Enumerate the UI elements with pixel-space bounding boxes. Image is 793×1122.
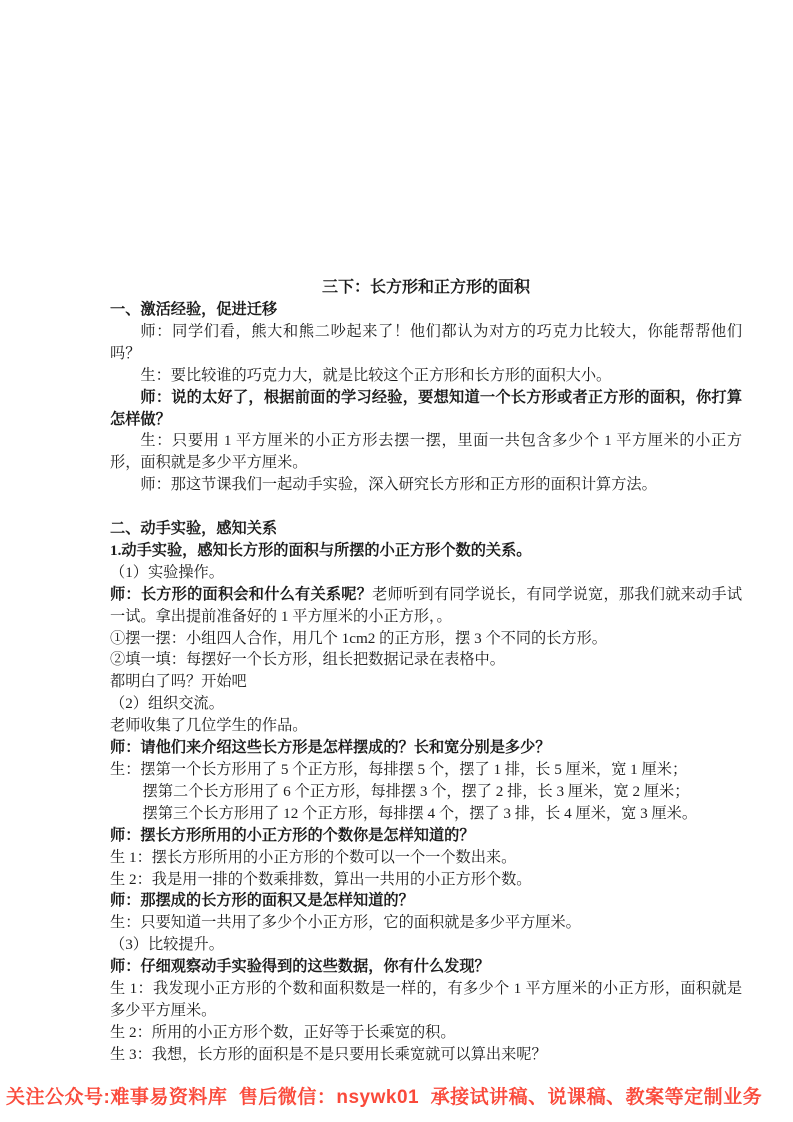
paragraph: 师：那这节课我们一起动手实验，深入研究长方形和正方形的面积计算方法。 bbox=[110, 474, 742, 496]
paragraph: 生 2：我是用一排的个数乘排数，算出一共用的小正方形个数。 bbox=[110, 869, 742, 891]
paragraph: 都明白了吗？开始吧 bbox=[110, 671, 742, 693]
paragraph: 二、动手实验，感知关系 bbox=[110, 518, 742, 540]
paragraph: 生 3：我想，长方形的面积是不是只要用长乘宽就可以算出来呢？ bbox=[110, 1044, 742, 1066]
paragraph: 生 1：我发现小正方形的个数和面积数是一样的，有多少个 1 平方厘米的小正方形，… bbox=[110, 978, 742, 1022]
paragraph: （3）比较提升。 bbox=[110, 934, 742, 956]
paragraph: 师：请他们来介绍这些长方形是怎样摆成的？长和宽分别是多少？ bbox=[110, 737, 742, 759]
paragraph: 师：那摆成的长方形的面积又是怎样知道的？ bbox=[110, 890, 742, 912]
paragraph: 师：长方形的面积会和什么有关系呢？老师听到有同学说长，有同学说宽，那我们就来动手… bbox=[110, 584, 742, 628]
paragraph: 师：同学们看，熊大和熊二吵起来了！他们都认为对方的巧克力比较大，你能帮帮他们吗？ bbox=[110, 321, 742, 365]
document-content: 三下：长方形和正方形的面积 一、激活经验，促进迁移师：同学们看，熊大和熊二吵起来… bbox=[110, 277, 742, 1066]
footer-banner: 关注公众号:难事易资料库 售后微信：nsywk01 承接试讲稿、说课稿、教案等定… bbox=[6, 1086, 791, 1110]
page-title: 三下：长方形和正方形的面积 bbox=[110, 277, 742, 299]
paragraph: 摆第三个长方形用了 12 个正方形，每排摆 4 个，摆了 3 排，长 4 厘米，… bbox=[143, 803, 742, 825]
paragraph: 生：摆第一个长方形用了 5 个正方形，每排摆 5 个，摆了 1 排，长 5 厘米… bbox=[110, 759, 742, 781]
paragraph: 师：仔细观察动手实验得到的这些数据，你有什么发现？ bbox=[110, 956, 742, 978]
document-body: 一、激活经验，促进迁移师：同学们看，熊大和熊二吵起来了！他们都认为对方的巧克力比… bbox=[110, 299, 742, 1066]
document-page: 三下：长方形和正方形的面积 一、激活经验，促进迁移师：同学们看，熊大和熊二吵起来… bbox=[0, 0, 793, 1122]
paragraph: ①摆一摆：小组四人合作，用几个 1cm2 的正方形，摆 3 个不同的长方形。 bbox=[110, 628, 742, 650]
paragraph: 师：说的太好了，根据前面的学习经验，要想知道一个长方形或者正方形的面积，你打算怎… bbox=[110, 387, 742, 431]
paragraph: ②填一填：每摆好一个长方形，组长把数据记录在表格中。 bbox=[110, 649, 742, 671]
paragraph: 1.动手实验，感知长方形的面积与所摆的小正方形个数的关系。 bbox=[110, 540, 742, 562]
paragraph: 生：只要用 1 平方厘米的小正方形去摆一摆，里面一共包含多少个 1 平方厘米的小… bbox=[110, 430, 742, 474]
paragraph: 生 2：所用的小正方形个数，正好等于长乘宽的积。 bbox=[110, 1022, 742, 1044]
paragraph: 老师收集了几位学生的作品。 bbox=[110, 715, 742, 737]
paragraph: 师：摆长方形所用的小正方形的个数你是怎样知道的？ bbox=[110, 825, 742, 847]
paragraph: 生：要比较谁的巧克力大，就是比较这个正方形和长方形的面积大小。 bbox=[110, 365, 742, 387]
blank-line bbox=[110, 496, 742, 518]
paragraph: 一、激活经验，促进迁移 bbox=[110, 299, 742, 321]
paragraph: 生：只要知道一共用了多少个小正方形，它的面积就是多少平方厘米。 bbox=[110, 912, 742, 934]
paragraph: （1）实验操作。 bbox=[110, 562, 742, 584]
paragraph: 摆第二个长方形用了 6 个正方形，每排摆 3 个，摆了 2 排，长 3 厘米，宽… bbox=[143, 781, 742, 803]
paragraph-segment: 师：长方形的面积会和什么有关系呢？ bbox=[110, 586, 372, 603]
paragraph: （2）组织交流。 bbox=[110, 693, 742, 715]
paragraph: 生 1：摆长方形所用的小正方形的个数可以一个一个数出来。 bbox=[110, 847, 742, 869]
